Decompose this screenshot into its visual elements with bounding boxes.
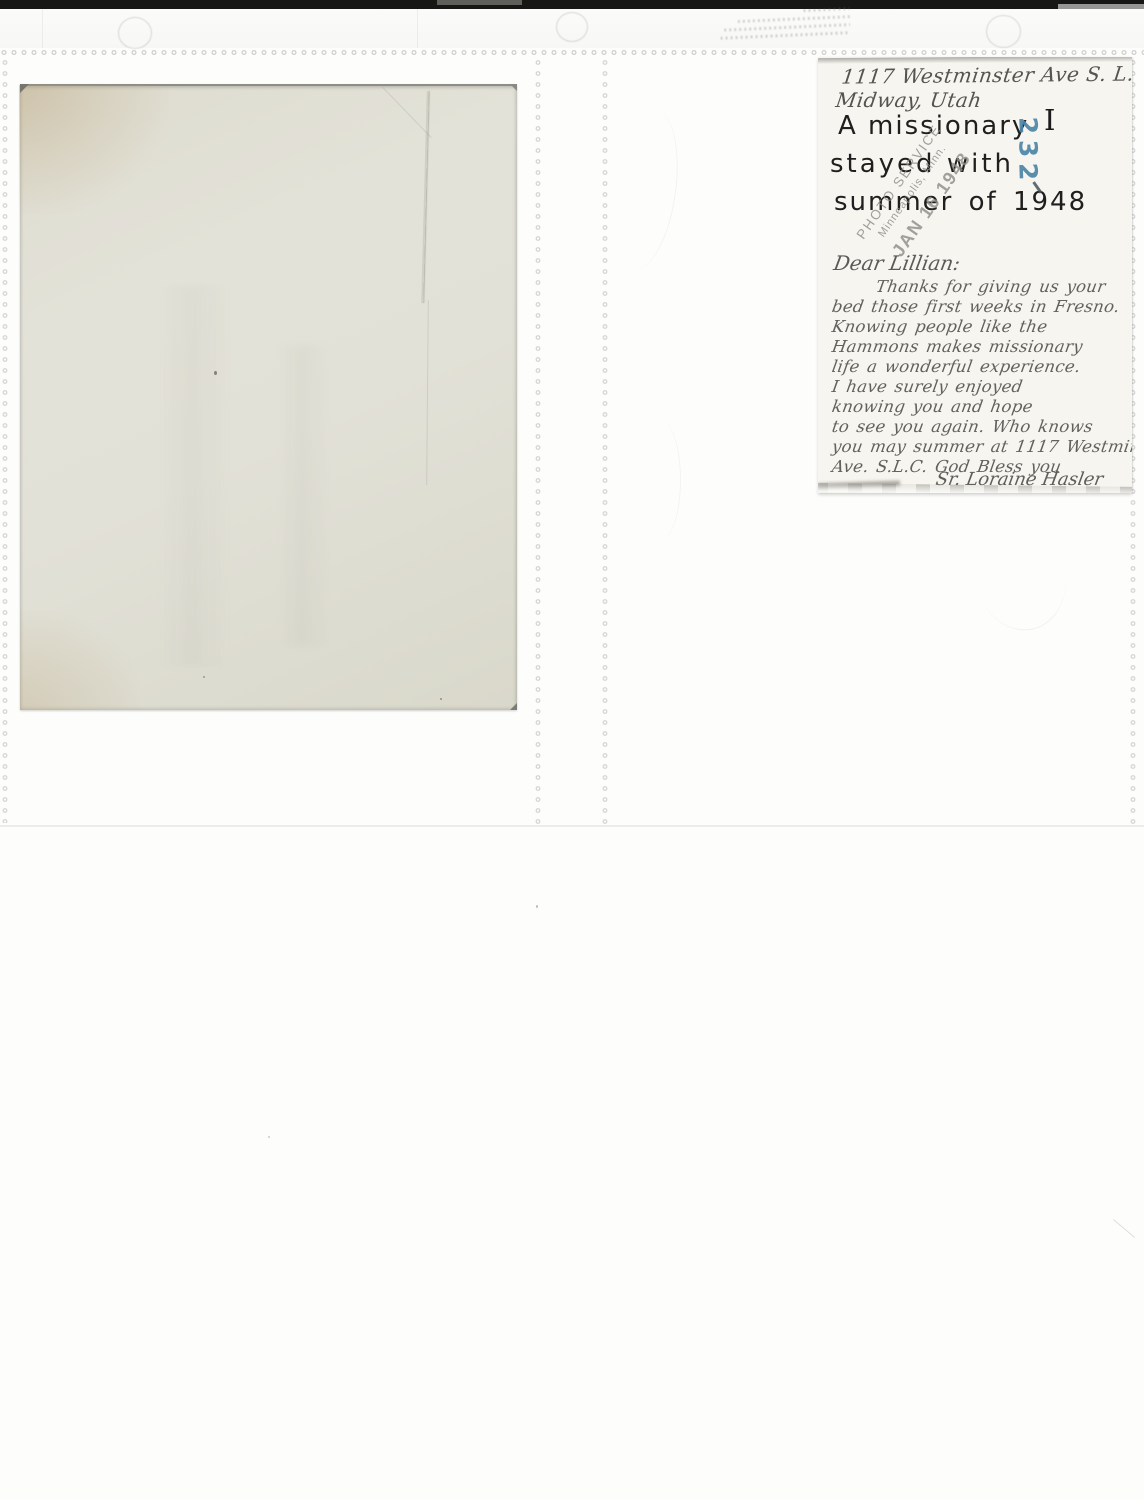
- letter-line: life a wonderful experience.: [830, 357, 1132, 377]
- letter-line: I have surely enjoyed: [830, 377, 1132, 397]
- ghost-stamp-line: [803, 7, 849, 12]
- letter-line: Knowing people like the: [830, 317, 1132, 337]
- serrated-edge-horizontal: [0, 48, 1144, 57]
- caption-inline-mark: I: [1044, 103, 1055, 137]
- page-speck: [536, 905, 538, 908]
- photo-ghost-band: [278, 346, 330, 646]
- letter-salutation: Dear Lillian:: [832, 251, 962, 275]
- address-line-1: 1117 Westminster Ave S. L.C,: [840, 61, 1132, 88]
- letter-body: Thanks for giving us your bed those firs…: [832, 277, 1132, 477]
- page-speck: [268, 1136, 270, 1138]
- stitch-line-center-left: [534, 57, 542, 826]
- page-scratch: [1113, 1219, 1135, 1238]
- photo-ghost-band: [160, 286, 230, 666]
- catalog-number: 2 3 2: [1015, 114, 1041, 183]
- scanner-strip-gap: [437, 0, 522, 5]
- photo-speck: [440, 698, 442, 700]
- photo-crease-diagonal: [382, 87, 431, 138]
- album-page-scan: 1117 Westminster Ave S. L.C, Midway, Uta…: [0, 0, 1144, 1500]
- sleeve-wrinkle: [962, 510, 1078, 641]
- letter-line: Thanks for giving us your: [830, 277, 1132, 297]
- album-page-top-band: [0, 9, 1144, 48]
- letter-line: you may summer at 1117 Westminster: [830, 437, 1132, 457]
- ghost-stamp-smudge: [717, 7, 850, 40]
- address-line-2: Midway, Utah: [834, 88, 983, 112]
- photo-speck: [214, 371, 217, 375]
- letter-line: Hammons makes missionary: [830, 337, 1132, 357]
- stitch-line-left: [1, 57, 9, 823]
- photo-crease-faint: [426, 300, 429, 485]
- catalog-digit: 2: [1016, 158, 1040, 185]
- photo-stain-bottom-left: [20, 610, 140, 710]
- page-edge-line: [42, 9, 43, 48]
- scanner-edge-strip: [0, 0, 1144, 9]
- page-edge-line: [417, 9, 418, 48]
- photo-back: [20, 84, 517, 710]
- letter-line: knowing you and hope: [830, 397, 1132, 417]
- binder-hole-circle: [986, 15, 1021, 48]
- letter-line: bed those first weeks in Fresno.: [830, 297, 1132, 317]
- photo-crease: [421, 91, 429, 303]
- note-card: 1117 Westminster Ave S. L.C, Midway, Uta…: [818, 57, 1132, 493]
- ghost-stamp-line: [724, 23, 850, 31]
- photo-stain-top-left: [19, 85, 169, 215]
- sleeve-wrinkle: [604, 107, 687, 274]
- binder-hole-circle: [118, 17, 152, 49]
- sleeve-bottom-edge: [0, 825, 1144, 827]
- photo-speck: [203, 676, 205, 678]
- stitch-line-center-right: [601, 57, 609, 826]
- photo-corner-shadow: [20, 84, 29, 93]
- binder-hole-circle: [556, 12, 588, 42]
- photo-corner-shadow: [510, 703, 517, 710]
- letter-line: to see you again. Who knows: [830, 417, 1132, 437]
- photo-corner-shadow: [510, 84, 517, 91]
- sleeve-wrinkle: [640, 420, 681, 540]
- ghost-stamp-line: [738, 15, 850, 23]
